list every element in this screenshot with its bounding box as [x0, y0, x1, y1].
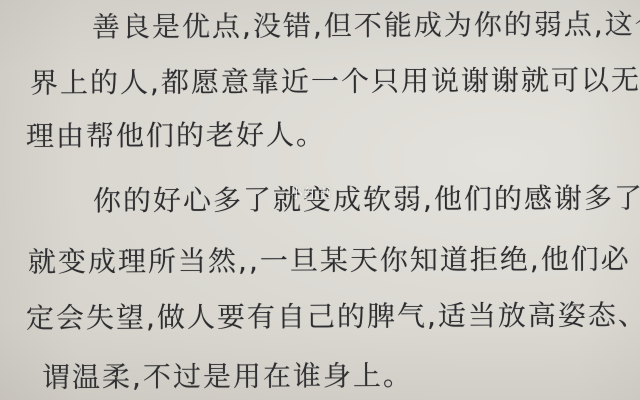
handwritten-note-photo: 善良是优点,没错,但不能成为你的弱点,这个世 界上的人,都愿意靠近一个只用说谢谢… — [0, 0, 640, 400]
handwritten-line: 理由帮他们的老好人。 — [26, 121, 326, 151]
handwritten-line: 谓温柔,不过是用在谁身上。 — [42, 362, 413, 392]
xiaohongshu-watermark: 小红书 — [290, 183, 332, 202]
handwritten-line: 就变成理所当然,,一旦某天你知道拒绝,他们必 — [28, 245, 631, 276]
handwritten-line: 你的好心多了就变成软弱,他们的感谢多了 — [93, 185, 640, 216]
handwritten-line: 善良是优点,没错,但不能成为你的弱点,这个世 — [92, 10, 640, 41]
handwritten-line: 界上的人,都愿意靠近一个只用说谢谢就可以无 — [30, 66, 640, 97]
handwritten-line: 定会失望,做人要有自己的脾气,适当放高姿态、所 — [26, 301, 640, 332]
